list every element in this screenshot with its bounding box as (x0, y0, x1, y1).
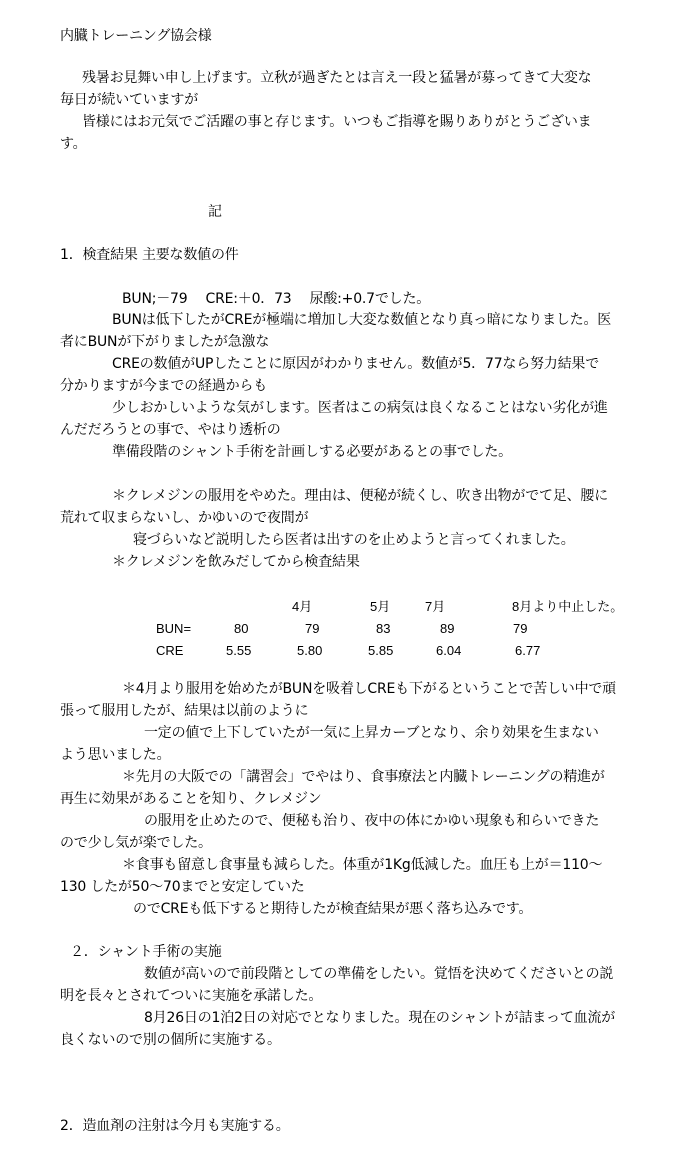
section2-line: 良くないので別の個所に実施する。 (60, 1031, 281, 1049)
section1-heading: 1．検査結果 主要な数値の件 (60, 246, 239, 264)
note-line: 寝づらいなど説明したら医者は出すのを止めようと言ってくれました。 (133, 531, 575, 549)
greeting-line: 残暑お見舞い申し上げます。立秋が過ぎたとは言え一段と猛暑が募ってきて大変な (82, 69, 591, 87)
table-cell: 89 (440, 620, 454, 638)
note-line: 一定の値で上下していたが一気に上昇カーブとなり、余り効果を生まない (144, 724, 599, 742)
note-line: ＊4月より服用を始めたがBUNを吸着しCREも下がるということで苦しい中で頑 (122, 680, 616, 698)
table-cell: 80 (234, 620, 248, 638)
section2-line: 数値が高いので前段階としての準備をしたい。覚悟を決めてくださいとの説 (144, 965, 613, 983)
section2-line: 明を長々とされてついに実施を承諾した。 (60, 987, 322, 1005)
section1-line: んだだろうとの事で、やはり透析の (60, 421, 281, 439)
note-line: よう思いました。 (60, 746, 170, 764)
addressee: 内臓トレーニング協会様 (60, 27, 212, 45)
note-line: 130 したが50～70までと安定していた (60, 878, 305, 896)
greeting-line: 皆様にはお元気でご活躍の事と存じます。いつもご指導を賜りありがとうございま (82, 113, 591, 131)
note-line: ＊食事も留意し食事量も減らした。体重が1Kg低減した。血圧も上が＝110～ (122, 856, 602, 874)
section1-line: BUNは低下したがCREが極端に増加し大変な数値となり真っ暗になりました。医 (112, 311, 611, 329)
table-cell: 5.80 (297, 642, 322, 660)
table-cell: 79 (305, 620, 319, 638)
section2-line: 8月26日の1泊2日の対応でとなりました。現在のシャントが詰まって血流が (144, 1009, 615, 1027)
table-cell: 6.04 (436, 642, 461, 660)
note-line: のでCREも低下すると期待したが検査結果が悪く落ち込みです。 (133, 900, 532, 918)
table-cell: 5.55 (226, 642, 251, 660)
table-header: 4月 (292, 598, 312, 616)
note-line: 張って服用したが、結果は以前のように (60, 702, 308, 720)
ki-marker: 記 (208, 203, 222, 221)
greeting-line: す。 (60, 135, 86, 153)
table-cell: 6.77 (515, 642, 540, 660)
note-line: 荒れて収まらないし、かゆいので夜間が (60, 509, 308, 527)
section1-line: 準備段階のシャント手術を計画しする必要があるとの事でした。 (112, 443, 512, 461)
section1-line: 分かりますが今までの経過からも (60, 377, 267, 395)
section1-line: CREの数値がUPしたことに原因がわかりません。数値が5．77なら努力結果で (112, 355, 599, 373)
section3-heading: 2．造血剤の注射は今月も実施する。 (60, 1117, 290, 1135)
table-row-label: BUN= (156, 620, 191, 638)
table-cell: 83 (376, 620, 390, 638)
note-line: ＊クレメジンの服用をやめた。理由は、便秘が続くし、吹き出物がでて足、腰に (112, 487, 608, 505)
greeting-line: 毎日が続いていますが (60, 91, 198, 109)
note-line: 再生に効果があることを知り、クレメジン (60, 790, 321, 808)
section2-heading: ２．シャント手術の実施 (70, 943, 222, 961)
note-line: ＊先月の大阪での「講習会」でやはり、食事療法と内臓トレーニングの精進が (122, 768, 605, 786)
note-line: ＊クレメジンを飲みだしてから検査結果 (112, 553, 360, 571)
section1-summary: BUN;－79 CRE:＋0．73 尿酸:+0.7でした。 (122, 290, 430, 308)
table-header: 7月 (425, 598, 445, 616)
table-row-label: CRE (156, 642, 183, 660)
note-line: の服用を止めたので、便秘も治り、夜中の体にかゆい現象も和らいできた (144, 812, 599, 830)
section1-line: 少しおかしいような気がします。医者はこの病気は良くなることはない劣化が進 (112, 399, 608, 417)
section1-line: 者にBUNが下がりましたが急激な (60, 333, 269, 351)
table-cell: 5.85 (368, 642, 393, 660)
table-cell: 79 (513, 620, 527, 638)
note-line: ので少し気が楽でした。 (60, 834, 212, 852)
table-header: 8月より中止した。 (512, 598, 623, 616)
table-header: 5月 (370, 598, 390, 616)
